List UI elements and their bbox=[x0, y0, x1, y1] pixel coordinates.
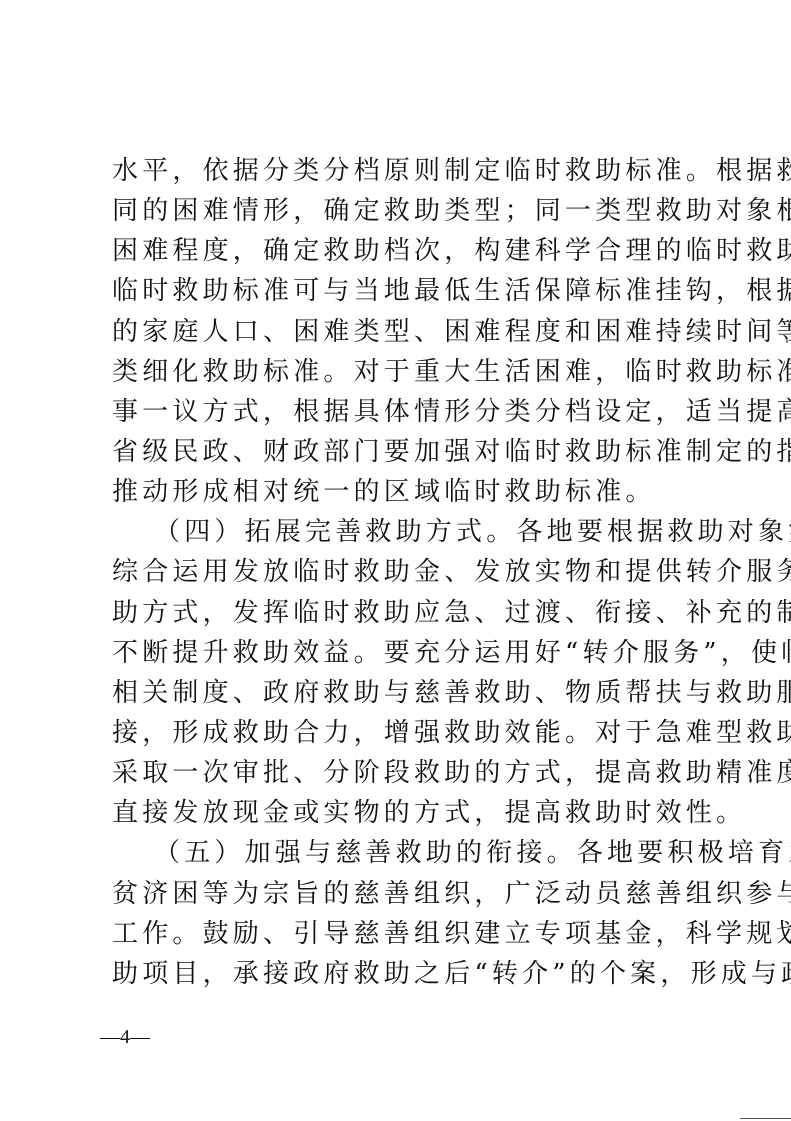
section-heading-line: （四）拓展完善救助方式。各地要根据救助对象实际情况， bbox=[112, 512, 694, 552]
text-line: 省级民政、财政部门要加强对临时救助标准制定的指导和统筹， bbox=[112, 432, 694, 472]
text-line: 类细化救助标准。对于重大生活困难，临时救助标准可采取一 bbox=[112, 352, 694, 392]
text-line: 综合运用发放临时救助金、发放实物和提供转介服务等多种救 bbox=[112, 552, 694, 592]
text-line: 推动形成相对统一的区域临时救助标准。 bbox=[112, 472, 694, 512]
text-line: 助方式，发挥临时救助应急、过渡、衔接、补充的制度作用， bbox=[112, 593, 694, 633]
text-line: 相关制度、政府救助与慈善救助、物质帮扶与救助服务密切衔 bbox=[112, 673, 694, 713]
text-line: 水平，依据分类分档原则制定临时救助标准。根据救助对象不 bbox=[112, 151, 694, 191]
text-line: 事一议方式，根据具体情形分类分档设定，适当提高救助额度。 bbox=[112, 392, 694, 432]
section-heading-line: （五）加强与慈善救助的衔接。各地要积极培育发展以扶 bbox=[112, 833, 694, 873]
text-line: 同的困难情形，确定救助类型；同一类型救助对象根据不同的 bbox=[112, 191, 694, 231]
text-line: 助项目，承接政府救助之后“转介”的个案，形成与政府救助 bbox=[112, 954, 694, 994]
document-page: 水平，依据分类分档原则制定临时救助标准。根据救助对象不 同的困难情形，确定救助类… bbox=[0, 0, 791, 1121]
page-number: —4— bbox=[100, 1023, 150, 1051]
text-line: 的家庭人口、困难类型、困难程度和困难持续时间等因素，分 bbox=[112, 312, 694, 352]
text-line: 贫济困等为宗旨的慈善组织，广泛动员慈善组织参与临时救助 bbox=[112, 874, 694, 914]
text-line: 采取一次审批、分阶段救助的方式，提高救助精准度；可通过 bbox=[112, 753, 694, 793]
text-line: 不断提升救助效益。要充分运用好“转介服务”，使临时救助与 bbox=[112, 633, 694, 673]
text-line: 工作。鼓励、引导慈善组织建立专项基金，科学规划、设立救 bbox=[112, 914, 694, 954]
scan-edge-line bbox=[740, 1118, 791, 1119]
body-text: 水平，依据分类分档原则制定临时救助标准。根据救助对象不 同的困难情形，确定救助类… bbox=[112, 151, 694, 994]
text-line: 直接发放现金或实物的方式，提高救助时效性。 bbox=[112, 793, 694, 833]
text-line: 困难程度，确定救助档次，构建科学合理的临时救助标准体系。 bbox=[112, 231, 694, 271]
scan-artifact bbox=[786, 340, 788, 343]
text-line: 接，形成救助合力，增强救助效能。对于急难型救助对象，可 bbox=[112, 713, 694, 753]
text-line: 临时救助标准可与当地最低生活保障标准挂钩，根据救助对象 bbox=[112, 271, 694, 311]
